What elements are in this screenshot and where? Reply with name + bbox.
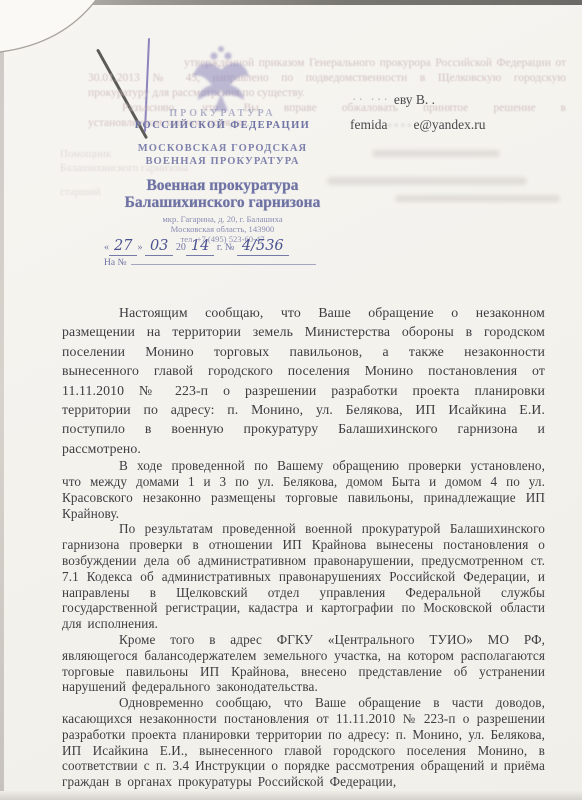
reference-line: На № [104,258,316,268]
letterhead-org-unit: МОСКОВСКАЯ ГОРОДСКАЯ ВОЕННАЯ ПРОКУРАТУРА [100,142,345,168]
scanned-letter-page: утвержденной приказом Генерального проку… [0,0,582,800]
printed-year-prefix: 20 [176,242,186,253]
bleedthrough-text-left-lower: старший [60,186,100,198]
redaction-marks: ·· ··· [352,92,390,107]
letter-body: Настоящим сообщаю, что Ваше обращение о … [62,303,545,790]
letterhead-org-line1: ПРОКУРАТУРА [100,108,345,119]
ghost-smudge [395,195,560,202]
email-redacted-part: ····· [387,118,413,134]
coat-of-arms-stamp [188,42,254,116]
scan-edge-bottom [0,791,582,800]
scan-edge-left [0,0,4,800]
letterhead-org-line3: МОСКОВСКАЯ ГОРОДСКАЯ [100,142,345,155]
letterhead: ПРОКУРАТУРА РОССИЙСКОЙ ФЕДЕРАЦИИ МОСКОВС… [100,108,345,244]
body-paragraph: Одновременно сообщаю, что Ваше обращение… [62,695,545,790]
ghost-line: утвержденной приказом Генерального проку… [88,56,566,71]
ghost-line: прокуратуру для рассмотрения по существу… [88,86,566,101]
reference-label: На № [104,258,127,268]
email-prefix: femida [350,117,387,132]
letterhead-unit-line1: Военная прокуратура [100,177,345,194]
close-quote: » [137,242,142,253]
letterhead-unit-line2: Балашихинского гарнизона [100,194,345,211]
letterhead-unit-name: Военная прокуратура Балашихинского гарни… [100,177,345,211]
ghost-smudge [372,150,500,157]
handwritten-month: 03 [145,238,173,256]
ghost-line: 30.01.2013 № 45, направлено по подведомс… [88,71,566,86]
body-paragraph: Кроме того в адрес ФГКУ «Центрального ТУ… [62,632,545,695]
printed-year-suffix: г. № [217,242,235,253]
recipient-name-visible: еву В. . [394,92,435,107]
recipient-email: femida·····e@yandex.ru [350,117,486,134]
letterhead-org-line4: ВОЕННАЯ ПРОКУРАТУРА [100,155,345,168]
ghost-smudge [327,177,527,185]
handwritten-number: 4/536 [237,238,289,256]
body-paragraph: В ходе проведенной по Вашему обращению п… [62,458,545,521]
recipient-name: ·· ···еву В. . [352,92,435,108]
page-corner-curl [0,0,98,56]
body-paragraph: Настоящим сообщаю, что Ваше обращение о … [62,303,545,458]
letterhead-org-line2: РОССИЙСКОЙ ФЕДЕРАЦИИ [100,120,345,131]
handwritten-day: 27 [109,238,137,256]
date-number-line: «27» 03 2014 г. № 4/536 [104,238,354,254]
email-suffix: e@yandex.ru [413,117,485,132]
body-paragraph: По результатам проведенной военной проку… [62,521,545,632]
reference-blank-line [131,264,316,265]
handwritten-year: 14 [186,238,214,256]
